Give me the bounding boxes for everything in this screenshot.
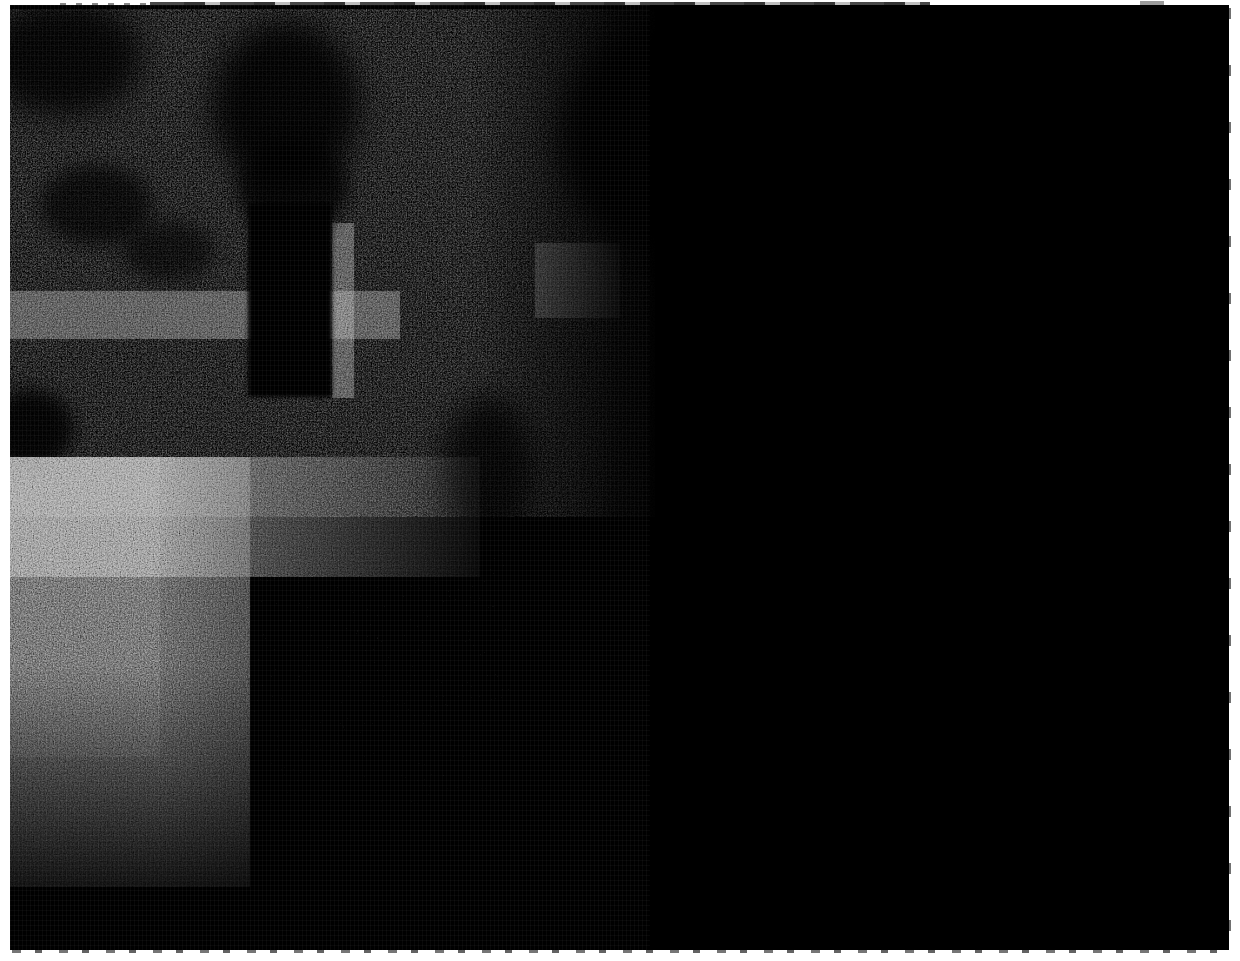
doorway-right-highlight: [332, 223, 354, 398]
photo: [10, 5, 1229, 950]
photo-top-edge-line: [150, 2, 930, 5]
photo-bottom-edge-line: [12, 950, 1230, 953]
sparse-specks-right: [550, 5, 880, 950]
photo-top-edge-line-faint: [60, 3, 150, 5]
shadow-blob-left-mid-2: [122, 221, 214, 281]
photo-top-edge-tick: [1140, 1, 1164, 5]
photo-right-edge-ticks: [1229, 8, 1231, 946]
dark-doorway: [248, 203, 332, 397]
photo-render: [10, 5, 1229, 950]
scanned-page: [0, 0, 1240, 961]
